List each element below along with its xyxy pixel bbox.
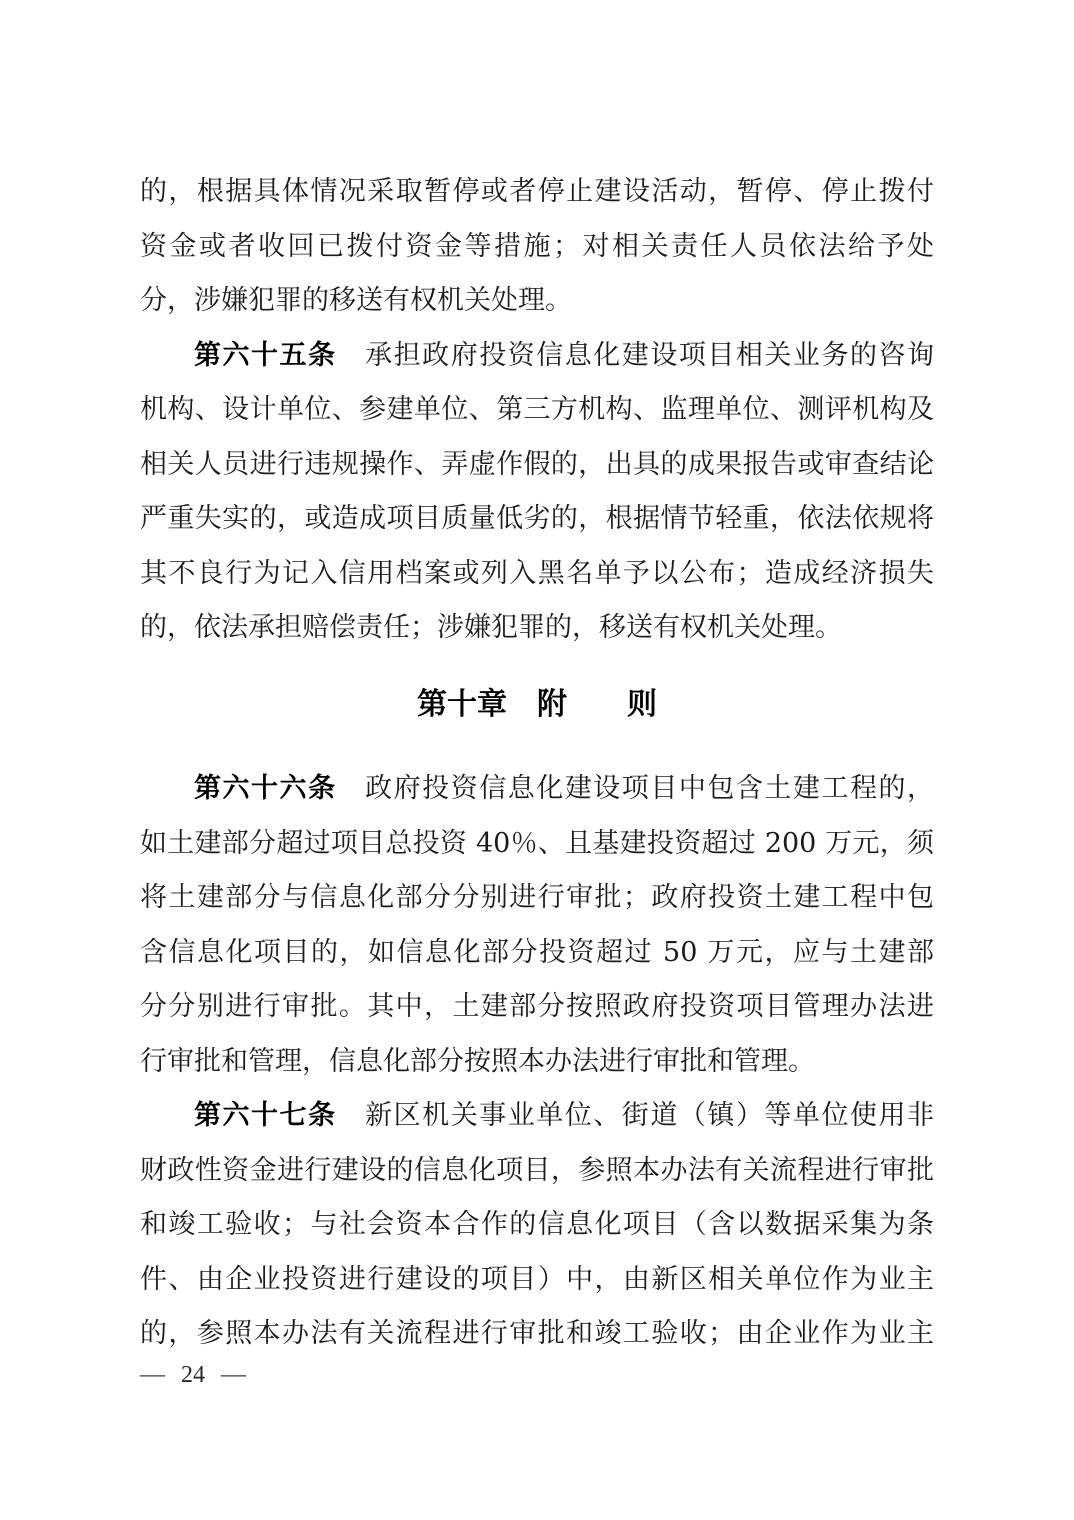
text-line: 机构、设计单位、参建单位、第三方机构、监理单位、测评机构及 bbox=[140, 383, 934, 438]
text-line: 将土建部分与信息化部分分别进行审批；政府投资土建工程中包 bbox=[140, 871, 934, 926]
line-text: 承担政府投资信息化建设项目相关业务的咨询 bbox=[337, 340, 934, 371]
text-line: 和竣工验收；与社会资本合作的信息化项目（含以数据采集为条 bbox=[140, 1198, 934, 1253]
text-line: 行审批和管理，信息化部分按照本办法进行审批和管理。 bbox=[140, 1035, 934, 1090]
text-line: 如土建部分超过项目总投资 40％、且基建投资超过 200 万元，须 bbox=[140, 817, 934, 872]
paragraph: 的，根据具体情况采取暂停或者停止建设活动，暂停、停止拨付资金或者收回已拨付资金等… bbox=[140, 165, 934, 329]
text-line: 第六十五条 承担政府投资信息化建设项目相关业务的咨询 bbox=[140, 329, 934, 384]
footer-dash-right: — bbox=[221, 1358, 246, 1392]
line-text: 政府投资信息化建设项目中包含土建工程的， bbox=[337, 773, 934, 804]
text-line: 其不良行为记入信用档案或列入黑名单予以公布；造成经济损失 bbox=[140, 547, 934, 602]
text-line: 含信息化项目的，如信息化部分投资超过 50 万元，应与土建部 bbox=[140, 926, 934, 981]
chapter-heading: 第十章 附 则 bbox=[140, 678, 934, 733]
paragraph: 第六十六条 政府投资信息化建设项目中包含土建工程的，如土建部分超过项目总投资 4… bbox=[140, 762, 934, 1089]
document-page: 的，根据具体情况采取暂停或者停止建设活动，暂停、停止拨付资金或者收回已拨付资金等… bbox=[0, 0, 1074, 1520]
document-body: 的，根据具体情况采取暂停或者停止建设活动，暂停、停止拨付资金或者收回已拨付资金等… bbox=[140, 165, 934, 1362]
page-footer: —24— bbox=[140, 1358, 246, 1392]
text-line: 相关人员进行违规操作、弄虚作假的，出具的成果报告或审查结论 bbox=[140, 438, 934, 493]
line-text: 新区机关事业单位、街道（镇）等单位使用非 bbox=[337, 1100, 934, 1131]
paragraph: 第六十七条 新区机关事业单位、街道（镇）等单位使用非财政性资金进行建设的信息化项… bbox=[140, 1089, 934, 1362]
text-line: 分分别进行审批。其中，土建部分按照政府投资项目管理办法进 bbox=[140, 980, 934, 1035]
text-line: 第六十六条 政府投资信息化建设项目中包含土建工程的， bbox=[140, 762, 934, 817]
text-line: 资金或者收回已拨付资金等措施；对相关责任人员依法给予处 bbox=[140, 220, 934, 275]
paragraph: 第六十五条 承担政府投资信息化建设项目相关业务的咨询机构、设计单位、参建单位、第… bbox=[140, 329, 934, 656]
text-line: 的，根据具体情况采取暂停或者停止建设活动，暂停、停止拨付 bbox=[140, 165, 934, 220]
article-number: 第六十六条 bbox=[194, 773, 337, 804]
text-line: 分，涉嫌犯罪的移送有权机关处理。 bbox=[140, 274, 934, 329]
text-line: 财政性资金进行建设的信息化项目，参照本办法有关流程进行审批 bbox=[140, 1144, 934, 1199]
footer-dash-left: — bbox=[140, 1358, 165, 1392]
text-line: 的，参照本办法有关流程进行审批和竣工验收；由企业作为业主 bbox=[140, 1307, 934, 1362]
text-line: 的，依法承担赔偿责任；涉嫌犯罪的，移送有权机关处理。 bbox=[140, 601, 934, 656]
article-number: 第六十七条 bbox=[194, 1100, 337, 1131]
article-number: 第六十五条 bbox=[194, 340, 337, 371]
text-line: 件、由企业投资进行建设的项目）中，由新区相关单位作为业主 bbox=[140, 1253, 934, 1308]
text-line: 严重失实的，或造成项目质量低劣的，根据情节轻重，依法依规将 bbox=[140, 492, 934, 547]
footer-page-number: 24 bbox=[181, 1358, 205, 1392]
text-line: 第六十七条 新区机关事业单位、街道（镇）等单位使用非 bbox=[140, 1089, 934, 1144]
